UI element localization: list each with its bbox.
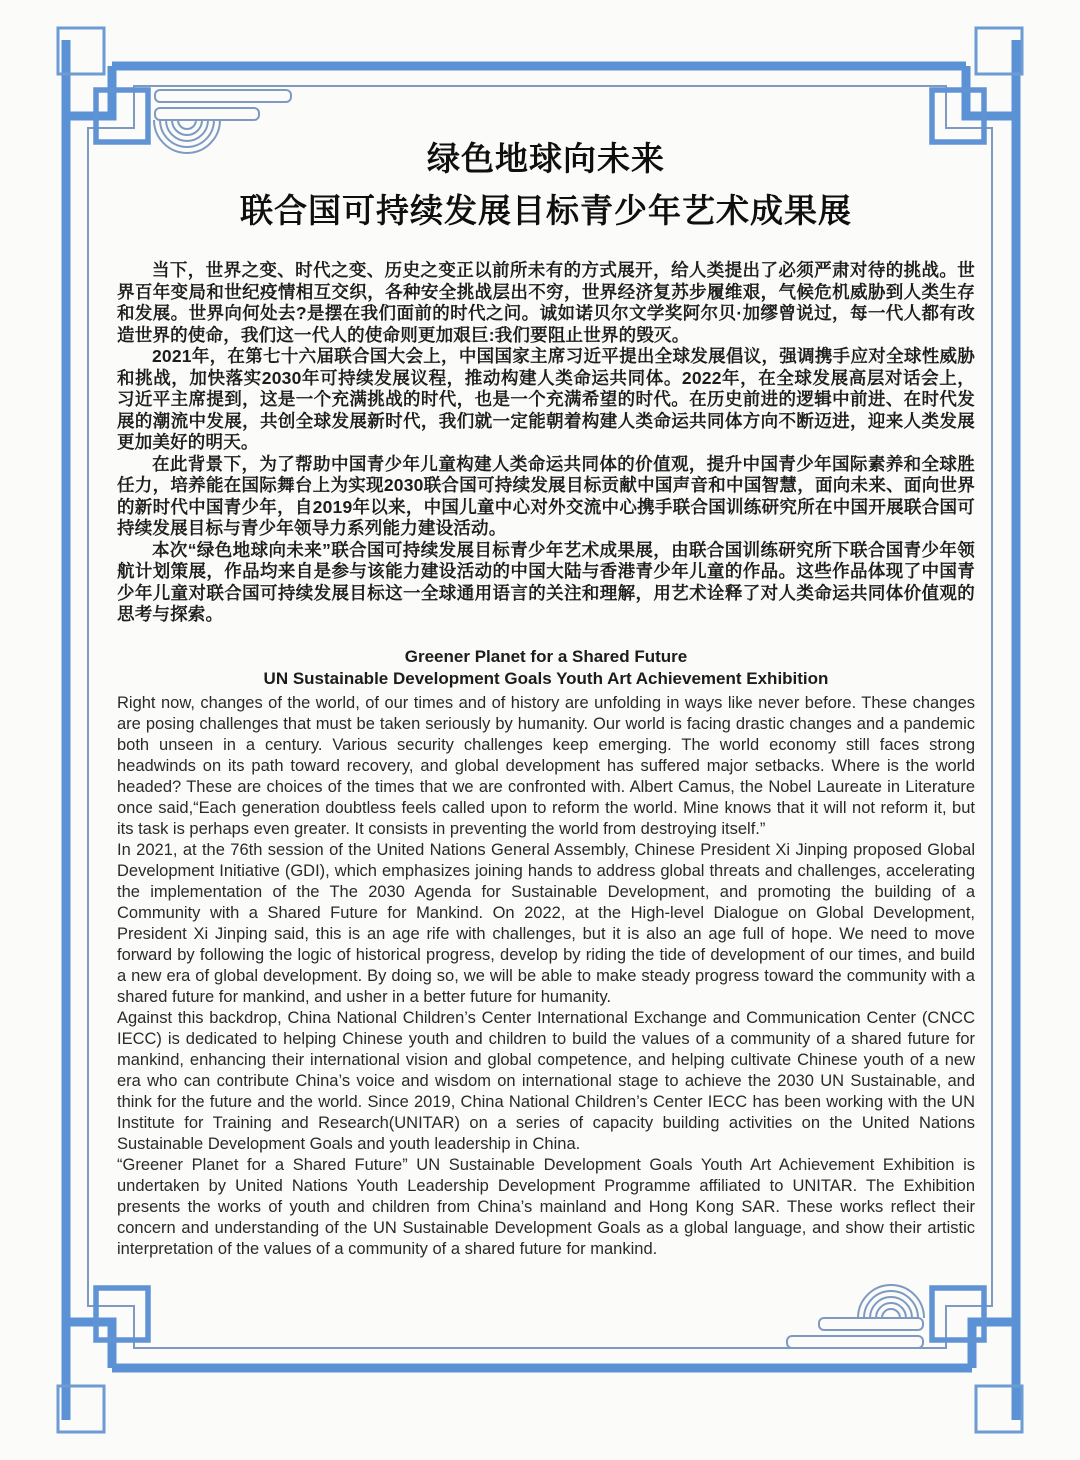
english-body: Right now, changes of the world, of our … [117,693,975,1260]
bar-ornament-long [787,1336,923,1348]
cn-paragraph-4: 本次“绿色地球向未来”联合国可持续发展目标青少年艺术成果展，由联合国训练研究所下… [117,540,975,626]
cn-paragraph-2: 2021年，在第七十六届联合国大会上，中国国家主席习近平提出全球发展倡议，强调携… [117,346,975,454]
corner-square-bottom-left [96,1288,148,1340]
bottom-right-rainbow-ornament [787,1285,924,1351]
page-title-en-line1: Greener Planet for a Shared Future [117,646,975,668]
bar-ornament-short [819,1318,923,1330]
en-paragraph-1: Right now, changes of the world, of our … [117,693,975,840]
document-page: 绿色地球向未来 联合国可持续发展目标青少年艺术成果展 当下，世界之变、时代之变、… [0,0,1080,1460]
page-title-cn-line1: 绿色地球向未来 [117,138,975,180]
page-title-cn-line2: 联合国可持续发展目标青少年艺术成果展 [117,190,975,232]
bar-ornament-short [155,108,259,120]
page-title-en-line2: UN Sustainable Development Goals Youth A… [117,668,975,690]
chinese-intro-section: 当下，世界之变、时代之变、历史之变正以前所未有的方式展开，给人类提出了必须严肃对… [117,260,975,626]
en-paragraph-2: In 2021, at the 76th session of the Unit… [117,840,975,1008]
cn-paragraph-3: 在此背景下，为了帮助中国青少年儿童构建人类命运共同体的价值观，提升中国青少年国际… [117,454,975,540]
cn-paragraph-1: 当下，世界之变、时代之变、历史之变正以前所未有的方式展开，给人类提出了必须严肃对… [117,260,975,346]
en-paragraph-3: Against this backdrop, China National Ch… [117,1008,975,1155]
bar-ornament-long [155,90,291,102]
exhibition-intro-document: 绿色地球向未来 联合国可持续发展目标青少年艺术成果展 当下，世界之变、时代之变、… [117,138,975,1260]
en-paragraph-4: “Greener Planet for a Shared Future” UN … [117,1155,975,1260]
english-intro-section: Greener Planet for a Shared Future UN Su… [117,646,975,1260]
